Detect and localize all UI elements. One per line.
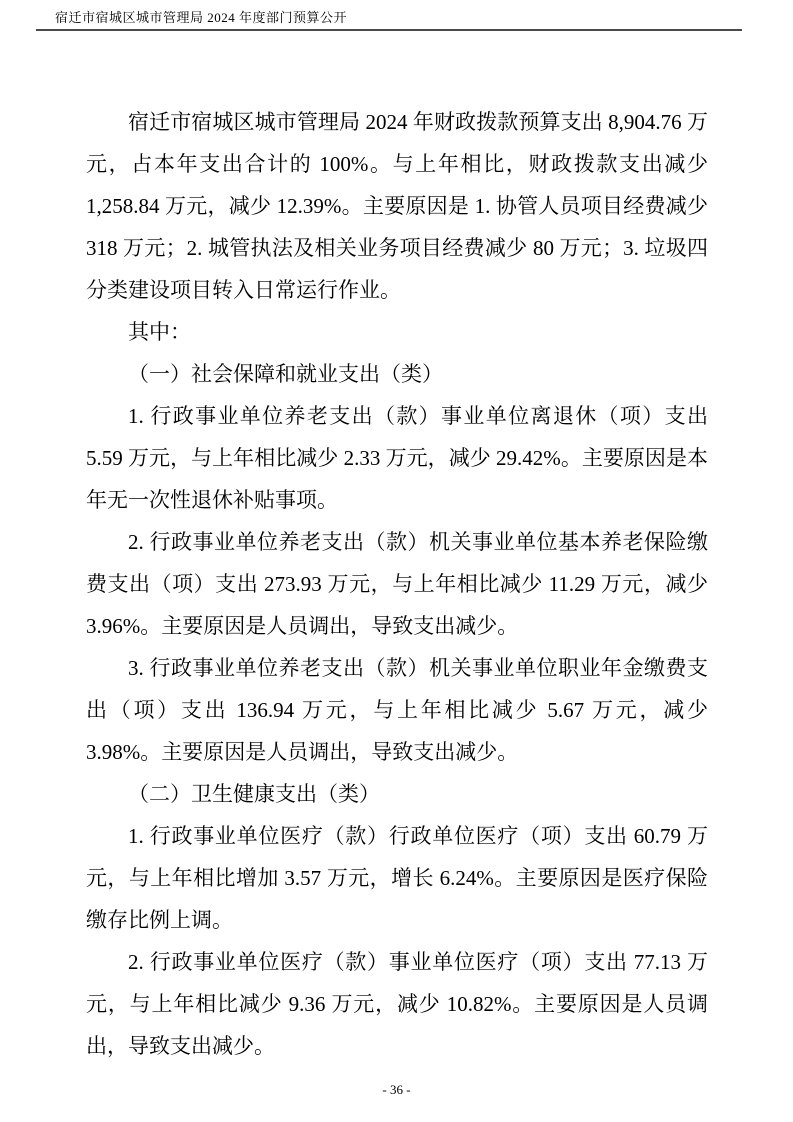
paragraph-pension-basic-insurance-expense: 2. 行政事业单位养老支出（款）机关事业单位基本养老保险缴费支出（项）支出 27…	[86, 521, 708, 647]
section-heading-social-security-employment: （一）社会保障和就业支出（类）	[86, 353, 708, 395]
document-body: 宿迁市宿城区城市管理局 2024 年财政拨款预算支出 8,904.76 万元，占…	[86, 101, 708, 1067]
paragraph-pension-occupational-annuity-expense: 3. 行政事业单位养老支出（款）机关事业单位职业年金缴费支出（项）支出 136.…	[86, 647, 708, 773]
paragraph-fiscal-appropriation-summary: 宿迁市宿城区城市管理局 2024 年财政拨款预算支出 8,904.76 万元，占…	[86, 101, 708, 311]
section-heading-health: （二）卫生健康支出（类）	[86, 773, 708, 815]
page-footer: - 36 -	[0, 1081, 793, 1098]
header-title: 宿迁市宿城区城市管理局 2024 年度部门预算公开	[55, 9, 347, 26]
page-number: - 36 -	[382, 1082, 410, 1097]
paragraph-medical-admin-unit-expense: 1. 行政事业单位医疗（款）行政单位医疗（项）支出 60.79 万元，与上年相比…	[86, 815, 708, 941]
paragraph-medical-public-institution-expense: 2. 行政事业单位医疗（款）事业单位医疗（项）支出 77.13 万元，与上年相比…	[86, 941, 708, 1067]
header-divider	[36, 29, 742, 31]
paragraph-pension-retiree-expense: 1. 行政事业单位养老支出（款）事业单位离退休（项）支出 5.59 万元，与上年…	[86, 395, 708, 521]
paragraph-among-which: 其中：	[86, 311, 708, 353]
document-page: 宿迁市宿城区城市管理局 2024 年度部门预算公开 宿迁市宿城区城市管理局 20…	[0, 0, 793, 1122]
